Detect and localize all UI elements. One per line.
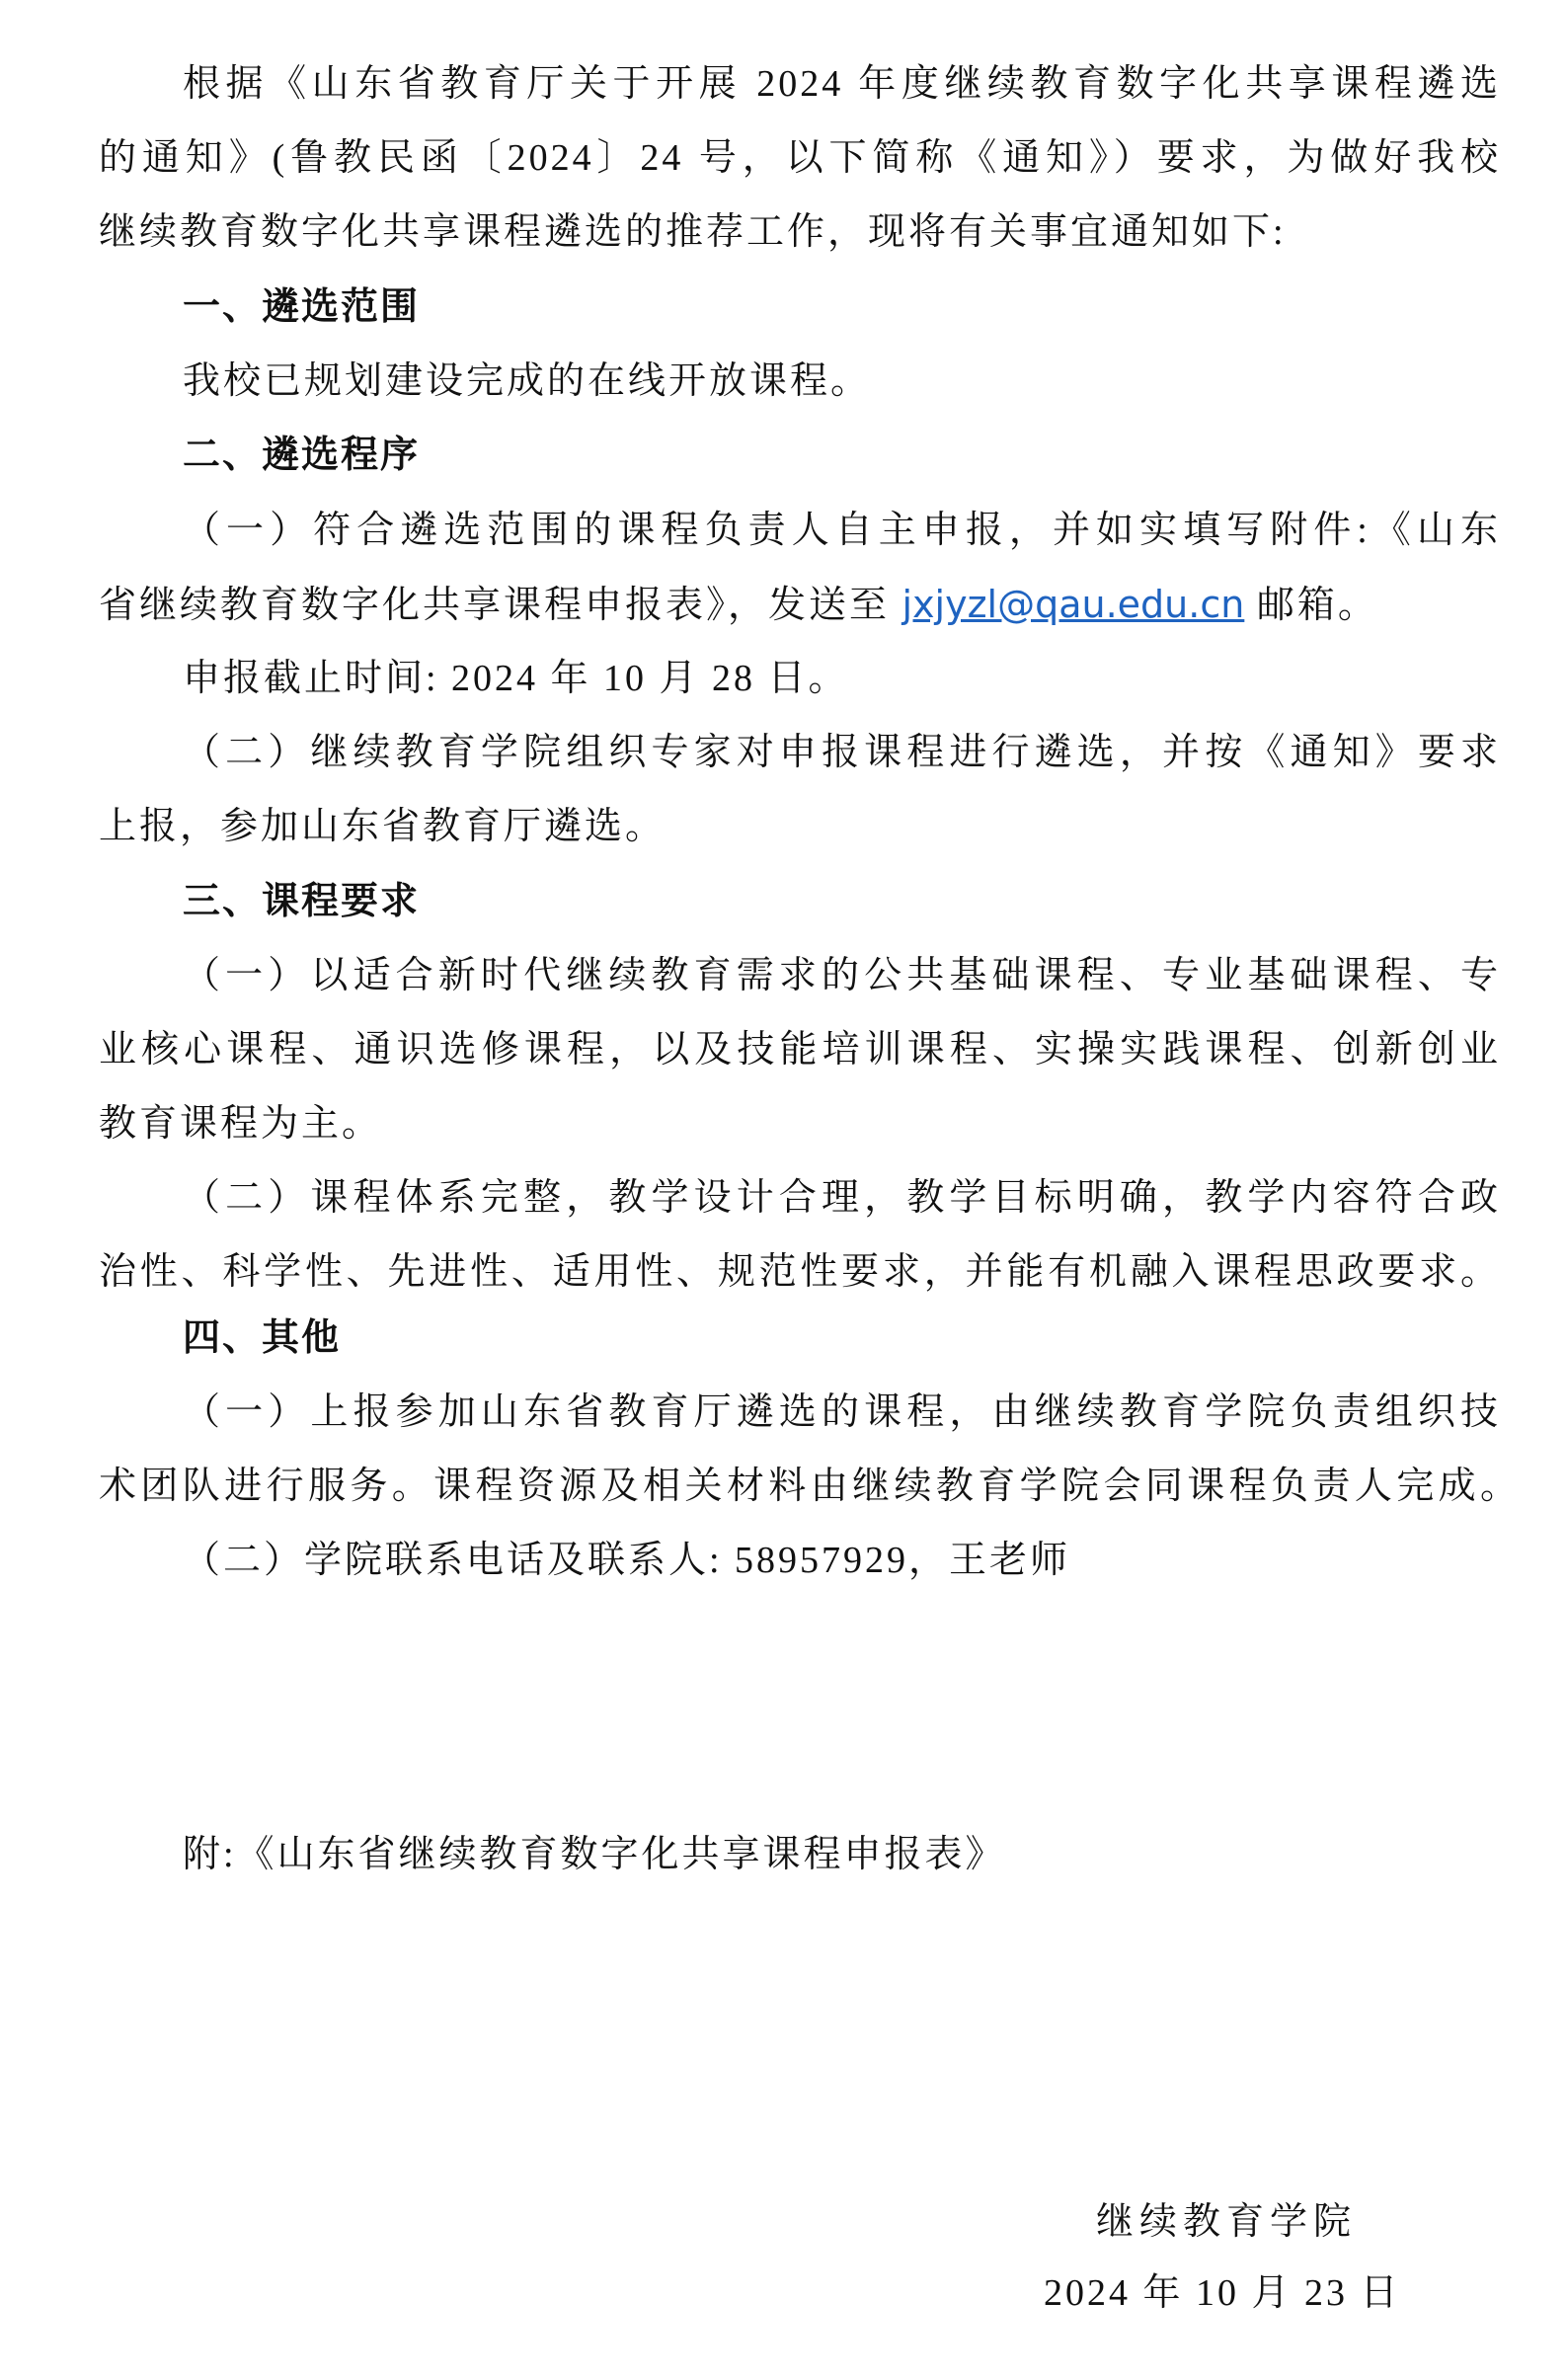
signature-org: 继续教育学院 <box>1096 2192 1357 2252</box>
intro-line-2: 的通知》(鲁教民函〔2024〕24 号，以下简称《通知》）要求，为做好我校 <box>99 128 1501 188</box>
requirements-item-2-line-1: （二）课程体系完整，教学设计合理，教学目标明确，教学内容符合政 <box>183 1168 1501 1228</box>
section-heading-scope: 一、遴选范围 <box>183 278 1501 337</box>
contact-line: （二）学院联系电话及联系人: 58957929，王老师 <box>183 1531 1501 1590</box>
requirements-item-1-line-2: 业核心课程、通识选修课程，以及技能培训课程、实操实践课程、创新创业 <box>99 1020 1501 1079</box>
attachment-line[interactable]: 附:《山东省继续教育数字化共享课程申报表》 <box>183 1825 1501 1884</box>
deadline-line: 申报截止时间: 2024 年 10 月 28 日。 <box>183 649 1501 708</box>
section-heading-other: 四、其他 <box>183 1309 1501 1368</box>
procedure-item-1-line-2: 省继续教育数字化共享课程申报表》，发送至 jxjyzl@qau.edu.cn 邮… <box>99 575 1501 634</box>
other-item-1-line-2: 术团队进行服务。课程资源及相关材料由继续教育学院会同课程负责人完成。 <box>99 1457 1521 1516</box>
procedure-item-1-prefix: 省继续教育数字化共享课程申报表》，发送至 <box>99 585 902 626</box>
intro-line-3: 继续教育数字化共享课程遴选的推荐工作，现将有关事宜通知如下: <box>99 202 1501 262</box>
scope-paragraph: 我校已规划建设完成的在线开放课程。 <box>183 352 1501 411</box>
intro-line-1: 根据《山东省教育厅关于开展 2024 年度继续教育数字化共享课程遴选 <box>183 54 1501 114</box>
document-page: 根据《山东省教育厅关于开展 2024 年度继续教育数字化共享课程遴选 的通知》(… <box>0 0 1567 2380</box>
email-link[interactable]: jxjyzl@qau.edu.cn <box>902 583 1245 626</box>
other-item-1-line-1: （一）上报参加山东省教育厅遴选的课程，由继续教育学院负责组织技 <box>183 1383 1501 1442</box>
procedure-item-2-line-1: （二）继续教育学院组织专家对申报课程进行遴选，并按《通知》要求 <box>183 723 1501 782</box>
procedure-item-1-suffix: 邮箱。 <box>1244 585 1378 626</box>
section-heading-procedure: 二、遴选程序 <box>183 426 1501 485</box>
signature-date: 2024 年 10 月 23 日 <box>1044 2263 1401 2323</box>
procedure-item-1-line-1: （一）符合遴选范围的课程负责人自主申报，并如实填写附件:《山东 <box>183 501 1501 560</box>
procedure-item-2-line-2: 上报，参加山东省教育厅遴选。 <box>99 797 1501 856</box>
requirements-item-1-line-3: 教育课程为主。 <box>99 1094 1501 1153</box>
requirements-item-2-line-2: 治性、科学性、先进性、适用性、规范性要求，并能有机融入课程思政要求。 <box>99 1242 1501 1302</box>
requirements-item-1-line-1: （一）以适合新时代继续教育需求的公共基础课程、专业基础课程、专 <box>183 946 1501 1005</box>
section-heading-requirements: 三、课程要求 <box>183 872 1501 931</box>
